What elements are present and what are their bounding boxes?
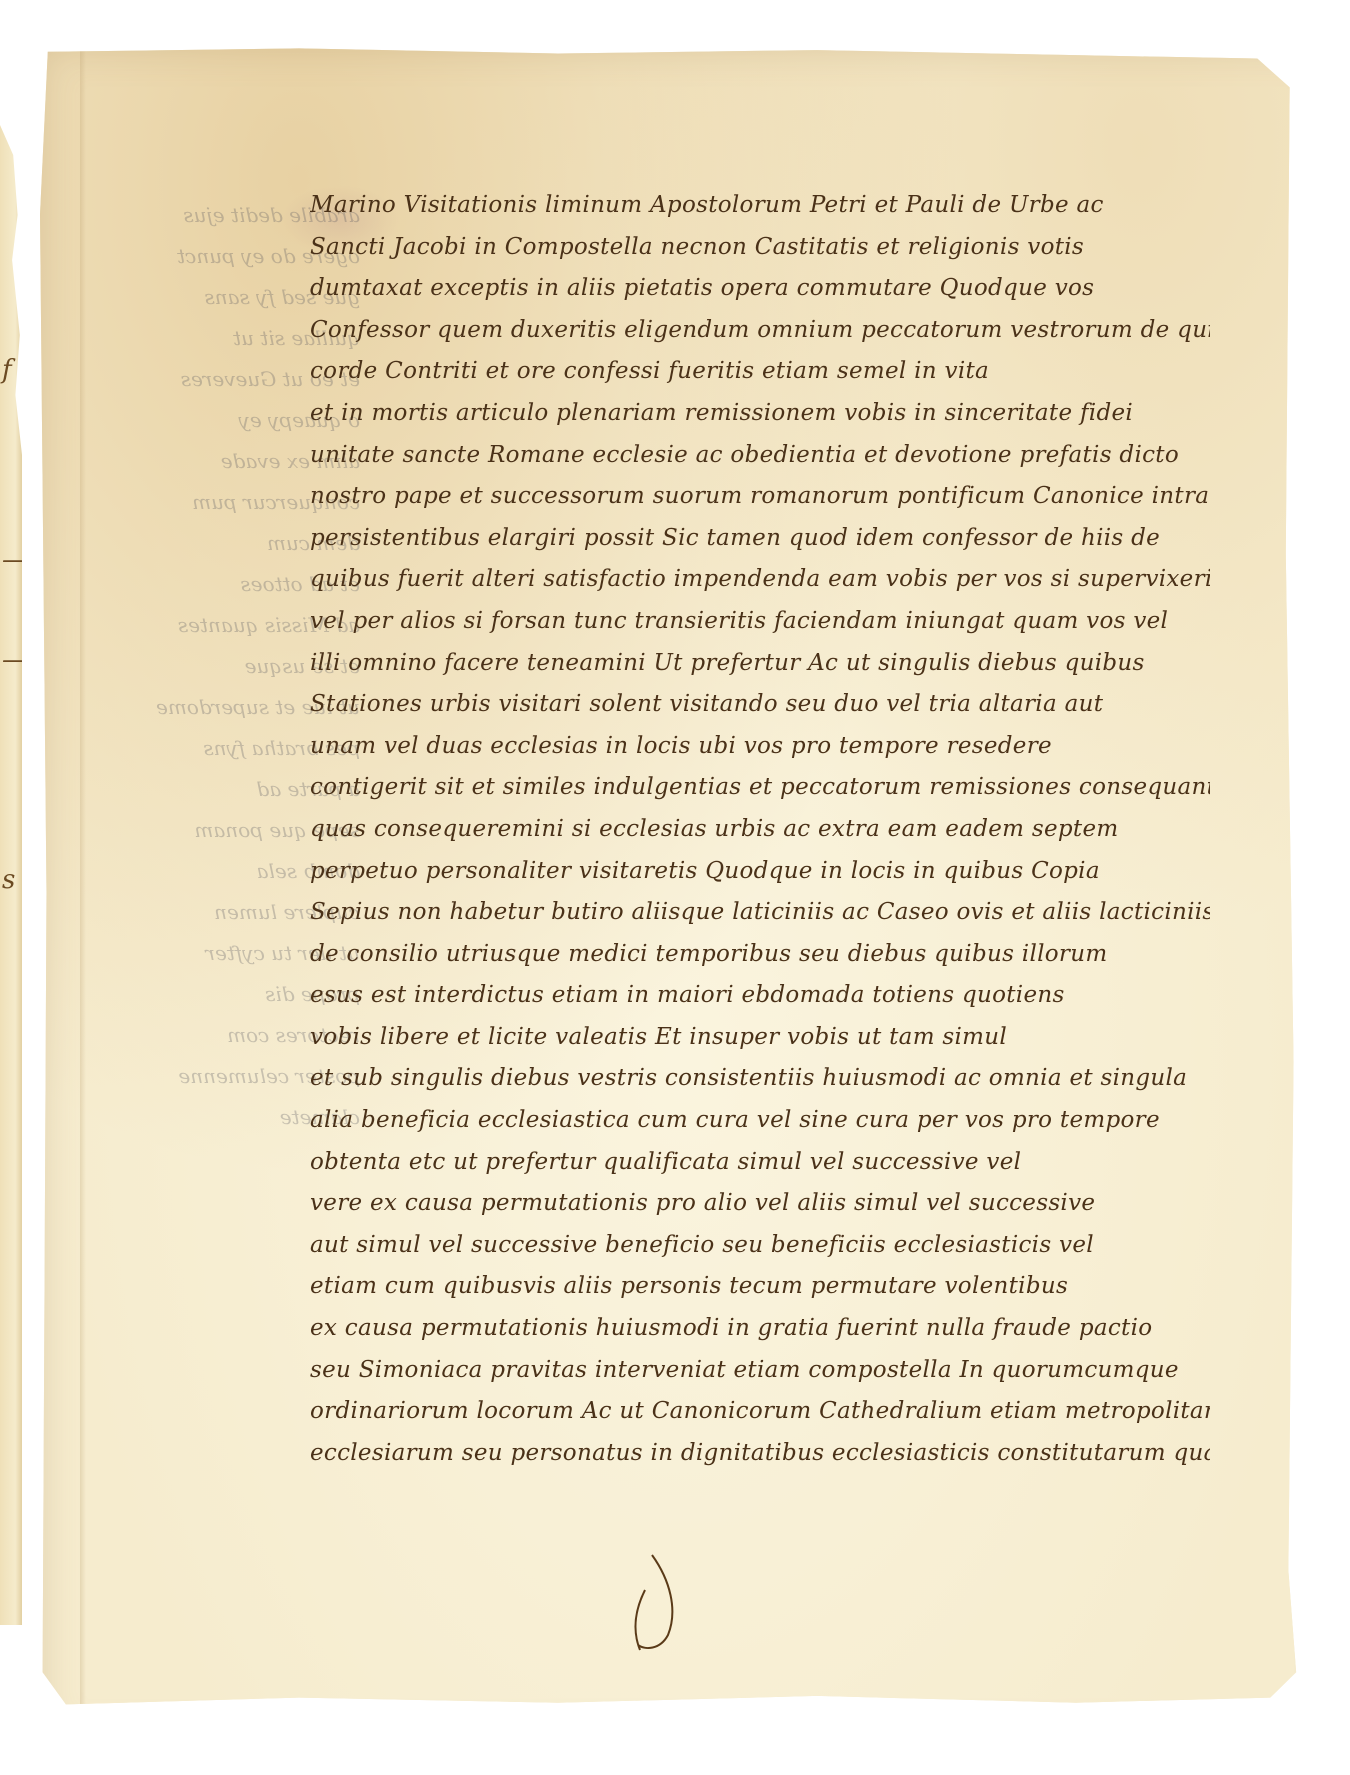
main-text: Marino Visitationis liminum Apostolorum …	[310, 185, 1210, 1474]
text-line: Marino Visitationis liminum Apostolorum …	[310, 185, 1210, 227]
text-line: alia beneficia ecclesiastica cum cura ve…	[310, 1100, 1210, 1142]
text-line: perpetuo personaliter visitaretis Quodqu…	[310, 851, 1210, 893]
text-line: corde Contriti et ore confessi fueritis …	[310, 351, 1210, 393]
text-line: illi omnino facere teneamini Ut prefertu…	[310, 643, 1210, 685]
fragment-ink: f	[2, 355, 12, 385]
text-line: quibus fuerit alteri satisfactio impende…	[310, 559, 1210, 601]
text-line: ecclesiarum seu personatus in dignitatib…	[310, 1433, 1210, 1475]
text-line: Sepius non habetur butiro aliisque latic…	[310, 892, 1210, 934]
text-line: vere ex causa permutationis pro alio vel…	[310, 1183, 1210, 1225]
text-line: unitate sancte Romane ecclesie ac obedie…	[310, 435, 1210, 477]
text-line: et in mortis articulo plenariam remissio…	[310, 393, 1210, 435]
fragment-ink: —	[2, 645, 28, 675]
text-line: contigerit sit et similes indulgentias e…	[310, 767, 1210, 809]
fragment-ink: s	[2, 865, 15, 895]
text-line: obtenta etc ut prefertur qualificata sim…	[310, 1142, 1210, 1184]
adjacent-page-fragment: f — — s	[0, 125, 22, 1625]
text-line: vel per alios si forsan tunc transieriti…	[310, 601, 1210, 643]
text-line: Stationes urbis visitari solent visitand…	[310, 684, 1210, 726]
text-line: ex causa permutationis huiusmodi in grat…	[310, 1308, 1210, 1350]
text-line: esus est interdictus etiam in maiori ebd…	[310, 975, 1210, 1017]
text-line: Confessor quem duxeritis eligendum omniu…	[310, 310, 1210, 352]
page-fold	[80, 45, 86, 1740]
manuscript-page: arabile dedit ejus ogere do ey punct gue…	[40, 45, 1335, 1740]
fragment-ink: —	[2, 545, 28, 575]
text-line: aut simul vel successive beneficio seu b…	[310, 1225, 1210, 1267]
text-line: Sancti Jacobi in Compostella necnon Cast…	[310, 227, 1210, 269]
text-line: seu Simoniaca pravitas interveniat etiam…	[310, 1350, 1210, 1392]
pencil-mark	[1310, 1725, 1326, 1775]
text-line: unam vel duas ecclesias in locis ubi vos…	[310, 726, 1210, 768]
text-line: quas consequeremini si ecclesias urbis a…	[310, 809, 1210, 851]
text-line: persistentibus elargiri possit Sic tamen…	[310, 518, 1210, 560]
text-line: de consilio utriusque medici temporibus …	[310, 934, 1210, 976]
flourish-stroke	[630, 1550, 680, 1660]
text-line: nostro pape et successorum suorum romano…	[310, 476, 1210, 518]
text-line: dumtaxat exceptis in aliis pietatis oper…	[310, 268, 1210, 310]
text-line: ordinariorum locorum Ac ut Canonicorum C…	[310, 1391, 1210, 1433]
text-line: vobis libere et licite valeatis Et insup…	[310, 1017, 1210, 1059]
text-line: et sub singulis diebus vestris consisten…	[310, 1058, 1210, 1100]
text-line: etiam cum quibusvis aliis personis tecum…	[310, 1266, 1210, 1308]
